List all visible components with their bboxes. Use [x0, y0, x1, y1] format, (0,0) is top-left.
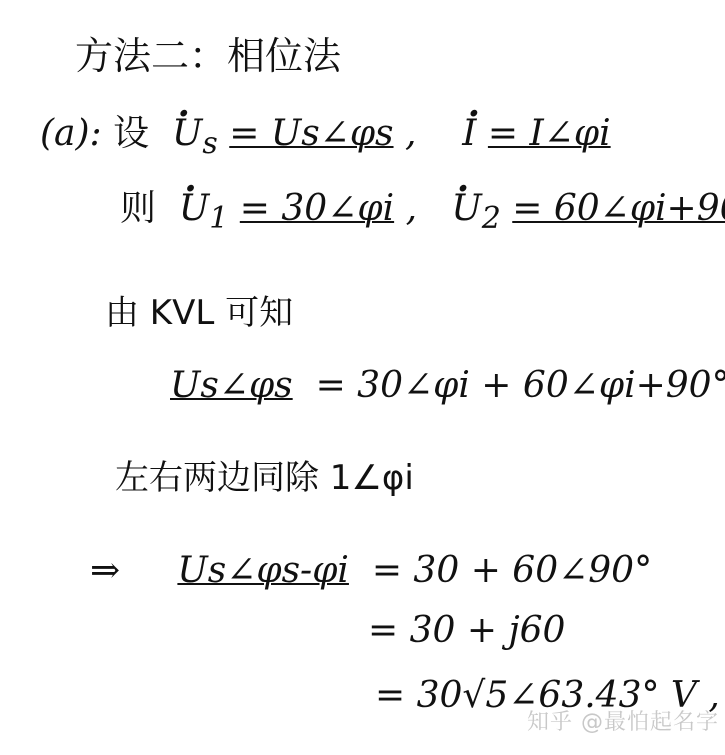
phasor-u2: U2 [451, 188, 500, 236]
line-divide: 左右两边同除 1∠φi [115, 450, 414, 499]
line-kvl: 由 KVL 可知 [105, 285, 293, 334]
eq-i: = I∠φi [488, 113, 611, 154]
line-result-2: = 30 + j60 [368, 610, 565, 651]
line-result-1: ⇒ Us∠φs-φi = 30 + 60∠90° [90, 550, 652, 591]
assume-text: 设 [113, 113, 149, 154]
line-then: 则 U1 = 30∠φi , U2 = 60∠φi+90°; [120, 180, 725, 236]
phasor-us: Us [172, 113, 218, 161]
eq-us: = Us∠φs [229, 113, 393, 154]
eq-u1: = 30∠φi [240, 188, 394, 229]
page-title: 方法二：相位法 [75, 25, 341, 80]
watermark: 知乎 @最怕起名字 [527, 705, 719, 736]
phasor-i: I [462, 113, 476, 154]
part-label: (a): [40, 113, 102, 154]
line-assume: (a): 设 Us = Us∠φs , I = I∠φi [40, 105, 611, 161]
eq-u2: = 60∠φi+90° [512, 188, 725, 229]
line-kvl-eq: Us∠φs = 30∠φi + 60∠φi+90° [170, 365, 725, 406]
phasor-u1: U1 [179, 188, 228, 236]
